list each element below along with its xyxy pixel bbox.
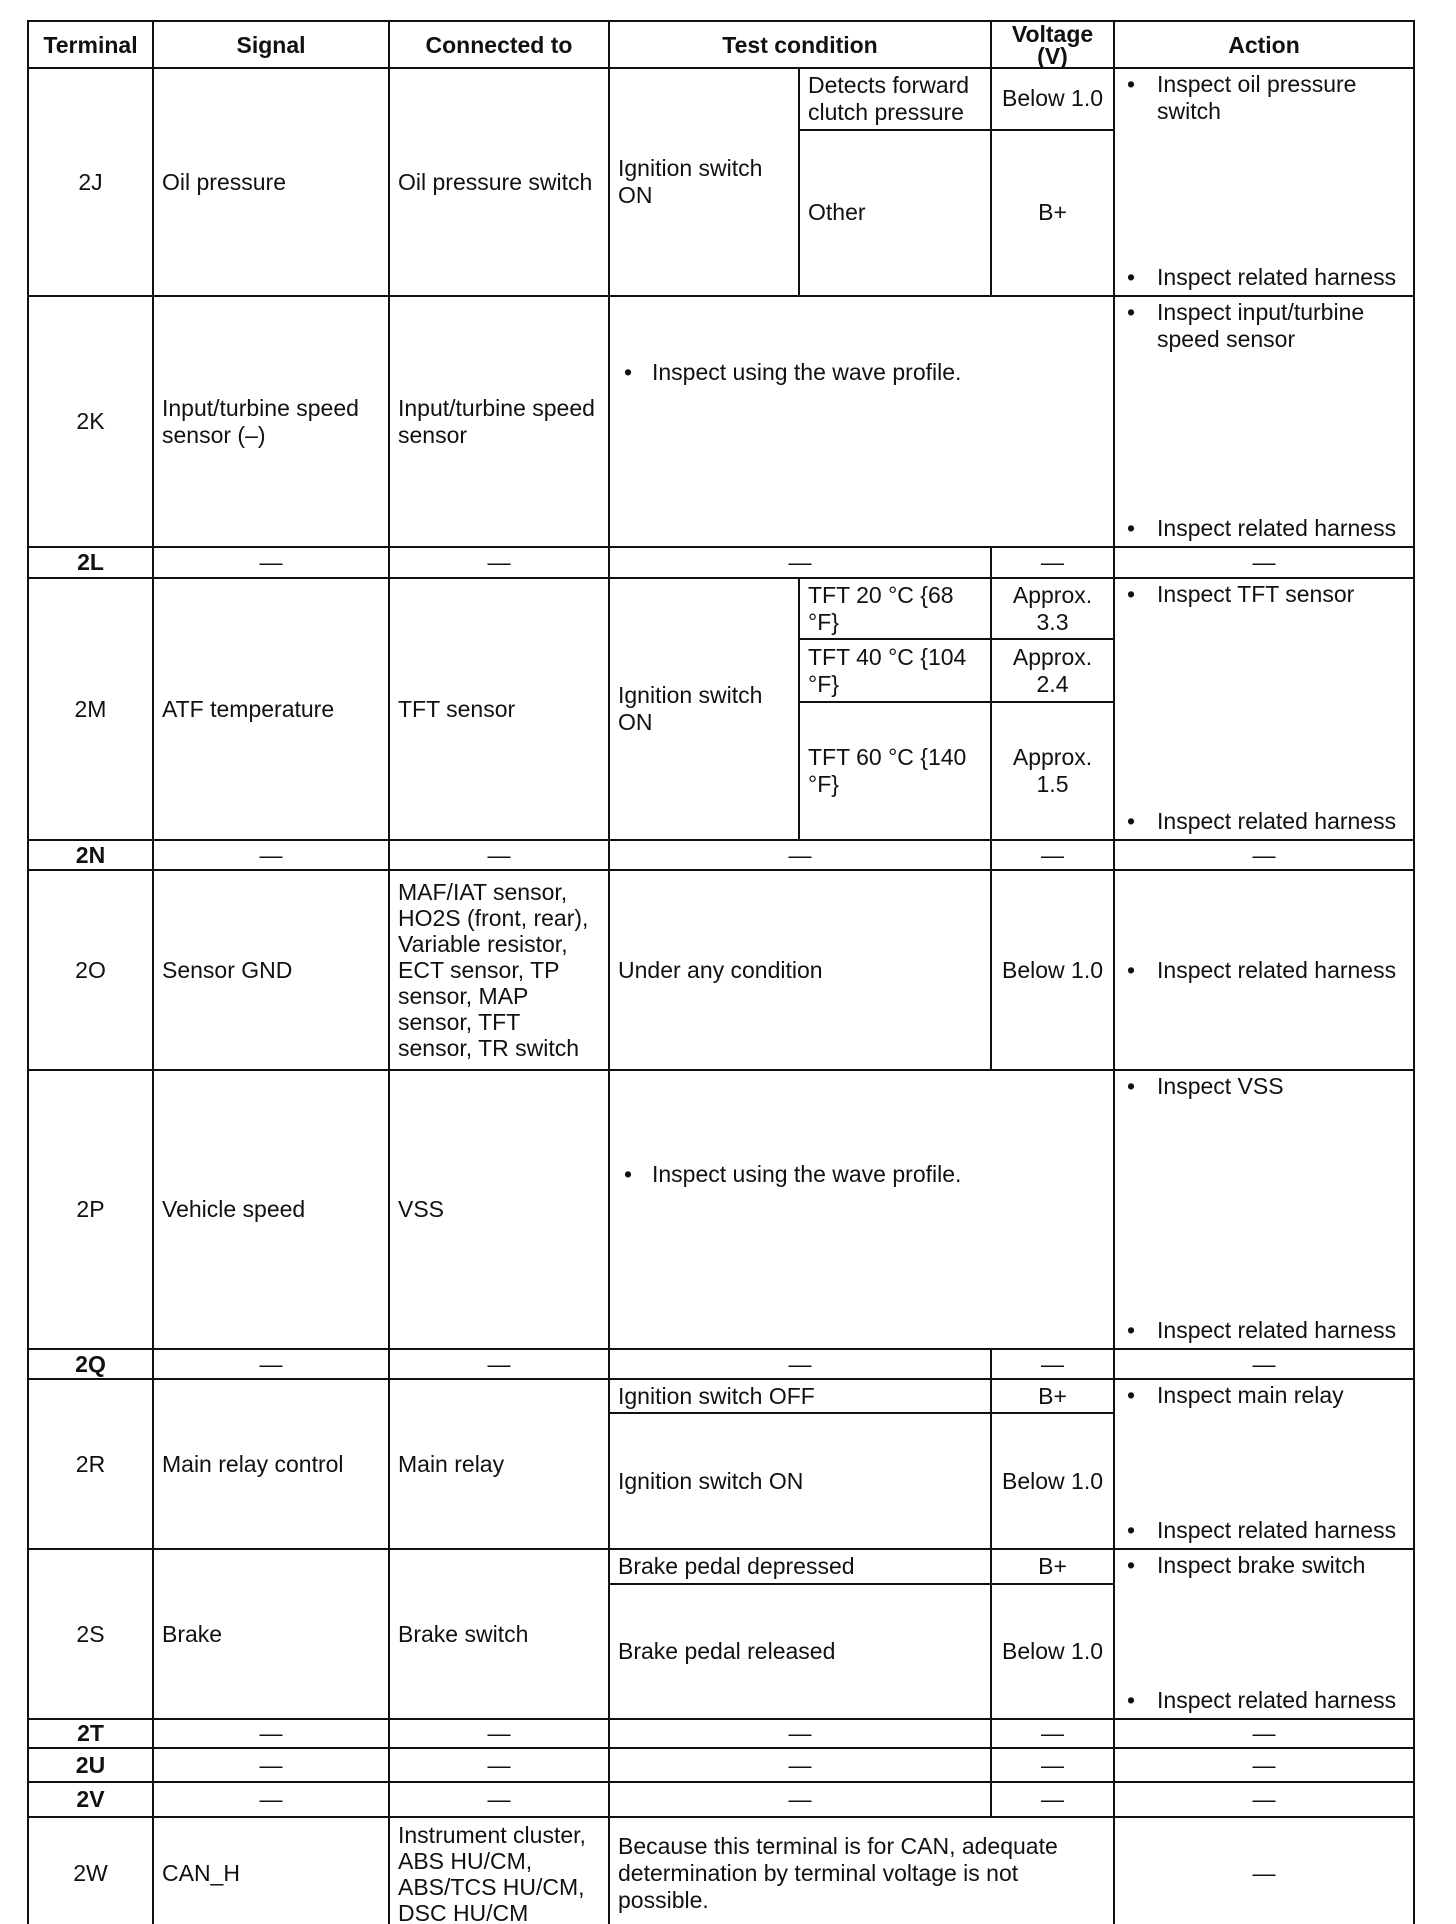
empty-cell: —: [389, 1782, 609, 1817]
empty-cell: —: [609, 547, 991, 578]
signal-cell: Main relay control: [153, 1379, 389, 1549]
table-row: 2R Main relay control Main relay Ignitio…: [28, 1379, 1414, 1413]
terminal-cell: 2Q: [28, 1349, 153, 1379]
signal-cell: CAN_H: [153, 1817, 389, 1924]
action-item: Inspect related harness: [1123, 808, 1405, 835]
condition-cell: Ignition switch ON: [609, 68, 799, 296]
empty-cell: —: [991, 1719, 1114, 1748]
connected-cell: Input/turbine speed sensor: [389, 296, 609, 547]
empty-cell: —: [153, 1349, 389, 1379]
terminal-cell: 2M: [28, 578, 153, 840]
empty-cell: —: [1114, 1782, 1414, 1817]
table-row: 2N — — — — —: [28, 840, 1414, 870]
voltage-cell: Below 1.0: [991, 68, 1114, 130]
connected-cell: TFT sensor: [389, 578, 609, 840]
terminal-cell: 2N: [28, 840, 153, 870]
table-row: 2K Input/turbine speed sensor (–) Input/…: [28, 296, 1414, 547]
empty-cell: —: [389, 840, 609, 870]
table-row: 2J Oil pressure Oil pressure switch Igni…: [28, 68, 1414, 130]
empty-cell: —: [153, 1748, 389, 1782]
empty-cell: —: [153, 1719, 389, 1748]
terminal-cell: 2T: [28, 1719, 153, 1748]
signal-cell: Oil pressure: [153, 68, 389, 296]
table-row: 2O Sensor GND MAF/IAT sensor, HO2S (fron…: [28, 870, 1414, 1070]
empty-cell: —: [991, 840, 1114, 870]
table-row: 2S Brake Brake switch Brake pedal depres…: [28, 1549, 1414, 1584]
action-item: Inspect TFT sensor: [1123, 581, 1405, 608]
signal-cell: Brake: [153, 1549, 389, 1719]
empty-cell: —: [1114, 547, 1414, 578]
empty-cell: —: [153, 547, 389, 578]
empty-cell: —: [389, 1719, 609, 1748]
terminal-cell: 2R: [28, 1379, 153, 1549]
action-cell: Inspect TFT sensorInspect related harnes…: [1114, 578, 1414, 840]
action-cell: Inspect brake switchInspect related harn…: [1114, 1549, 1414, 1719]
sub-condition-cell: Ignition switch OFF: [609, 1379, 991, 1413]
signal-cell: Vehicle speed: [153, 1070, 389, 1349]
signal-cell: Sensor GND: [153, 870, 389, 1070]
voltage-cell: Below 1.0: [991, 870, 1114, 1070]
condition-cell: Ignition switch ON: [609, 578, 799, 840]
empty-cell: —: [609, 840, 991, 870]
empty-cell: —: [609, 1748, 991, 1782]
header-action: Action: [1114, 21, 1414, 68]
action-item: Inspect related harness: [1123, 1317, 1405, 1344]
terminal-cell: 2S: [28, 1549, 153, 1719]
table-row: 2P Vehicle speed VSS Inspect using the w…: [28, 1070, 1414, 1349]
empty-cell: —: [991, 1782, 1114, 1817]
condition-cell: Inspect using the wave profile.: [609, 296, 1114, 547]
empty-cell: —: [609, 1719, 991, 1748]
table-row: 2W CAN_H Instrument cluster, ABS HU/CM, …: [28, 1817, 1414, 1924]
empty-cell: —: [1114, 1719, 1414, 1748]
empty-cell: —: [389, 1349, 609, 1379]
terminal-cell: 2V: [28, 1782, 153, 1817]
terminal-voltage-table: Terminal Signal Connected to Test condit…: [27, 20, 1415, 1924]
connected-cell: Oil pressure switch: [389, 68, 609, 296]
voltage-cell: Approx. 2.4: [991, 639, 1114, 701]
terminal-cell: 2K: [28, 296, 153, 547]
voltage-cell: Below 1.0: [991, 1584, 1114, 1719]
empty-cell: —: [1114, 840, 1414, 870]
table-row: 2U — — — — —: [28, 1748, 1414, 1782]
condition-cell: Inspect using the wave profile.: [609, 1070, 1114, 1349]
wave-profile-note: Inspect using the wave profile.: [618, 1161, 1105, 1188]
terminal-cell: 2W: [28, 1817, 153, 1924]
header-connected-to: Connected to: [389, 21, 609, 68]
connected-cell: VSS: [389, 1070, 609, 1349]
terminal-cell: 2O: [28, 870, 153, 1070]
sub-condition-cell: TFT 40 °C {104 °F}: [799, 639, 991, 701]
header-row: Terminal Signal Connected to Test condit…: [28, 21, 1414, 68]
terminal-cell: 2P: [28, 1070, 153, 1349]
voltage-cell: B+: [991, 1379, 1114, 1413]
empty-cell: —: [1114, 1349, 1414, 1379]
sub-condition-cell: TFT 60 °C {140 °F}: [799, 702, 991, 840]
action-cell: —: [1114, 1817, 1414, 1924]
connected-cell: Main relay: [389, 1379, 609, 1549]
sub-condition-cell: TFT 20 °C {68 °F}: [799, 578, 991, 639]
voltage-cell: B+: [991, 1549, 1114, 1584]
header-voltage: Voltage (V): [991, 21, 1114, 68]
empty-cell: —: [1114, 1748, 1414, 1782]
empty-cell: —: [991, 1748, 1114, 1782]
action-cell: Inspect VSSInspect related harness: [1114, 1070, 1414, 1349]
sub-condition-cell: Ignition switch ON: [609, 1413, 991, 1549]
sub-condition-cell: Detects forward clutch pressure: [799, 68, 991, 130]
empty-cell: —: [153, 1782, 389, 1817]
wave-profile-note: Inspect using the wave profile.: [618, 359, 1105, 386]
terminal-cell: 2U: [28, 1748, 153, 1782]
action-cell: Inspect main relayInspect related harnes…: [1114, 1379, 1414, 1549]
empty-cell: —: [153, 840, 389, 870]
sub-condition-cell: Brake pedal released: [609, 1584, 991, 1719]
empty-cell: —: [609, 1349, 991, 1379]
action-item: Inspect related harness: [1123, 264, 1405, 291]
action-item: Inspect main relay: [1123, 1382, 1405, 1409]
action-item: Inspect related harness: [1123, 1517, 1405, 1544]
empty-cell: —: [991, 547, 1114, 578]
empty-cell: —: [991, 1349, 1114, 1379]
header-terminal: Terminal: [28, 21, 153, 68]
terminal-cell: 2J: [28, 68, 153, 296]
voltage-cell: Below 1.0: [991, 1413, 1114, 1549]
condition-cell: Because this terminal is for CAN, adequa…: [609, 1817, 1114, 1924]
table-row: 2Q — — — — —: [28, 1349, 1414, 1379]
sub-condition-cell: Brake pedal depressed: [609, 1549, 991, 1584]
table-row: 2L — — — — —: [28, 547, 1414, 578]
action-item: Inspect input/turbine speed sensor: [1123, 299, 1405, 353]
action-cell: Inspect oil pressure switchInspect relat…: [1114, 68, 1414, 296]
connected-cell: Brake switch: [389, 1549, 609, 1719]
table-row: 2T — — — — —: [28, 1719, 1414, 1748]
voltage-cell: B+: [991, 130, 1114, 296]
table-row: 2M ATF temperature TFT sensor Ignition s…: [28, 578, 1414, 639]
empty-cell: —: [389, 1748, 609, 1782]
action-cell: Inspect related harness: [1114, 870, 1414, 1070]
voltage-cell: Approx. 1.5: [991, 702, 1114, 840]
sub-condition-cell: Other: [799, 130, 991, 296]
header-test-condition: Test condition: [609, 21, 991, 68]
empty-cell: —: [389, 547, 609, 578]
header-signal: Signal: [153, 21, 389, 68]
signal-cell: Input/turbine speed sensor (–): [153, 296, 389, 547]
action-item: Inspect related harness: [1123, 1687, 1405, 1714]
connected-cell: MAF/IAT sensor, HO2S (front, rear), Vari…: [389, 870, 609, 1070]
action-item: Inspect VSS: [1123, 1073, 1405, 1100]
voltage-cell: Approx. 3.3: [991, 578, 1114, 639]
table-row: 2V — — — — —: [28, 1782, 1414, 1817]
action-item: Inspect related harness: [1123, 515, 1405, 542]
terminal-cell: 2L: [28, 547, 153, 578]
signal-cell: ATF temperature: [153, 578, 389, 840]
action-item: Inspect brake switch: [1123, 1552, 1405, 1579]
action-cell: Inspect input/turbine speed sensorInspec…: [1114, 296, 1414, 547]
condition-cell: Under any condition: [609, 870, 991, 1070]
action-item: Inspect related harness: [1123, 957, 1405, 984]
empty-cell: —: [609, 1782, 991, 1817]
connected-cell: Instrument cluster, ABS HU/CM, ABS/TCS H…: [389, 1817, 609, 1924]
action-item: Inspect oil pressure switch: [1123, 71, 1405, 125]
